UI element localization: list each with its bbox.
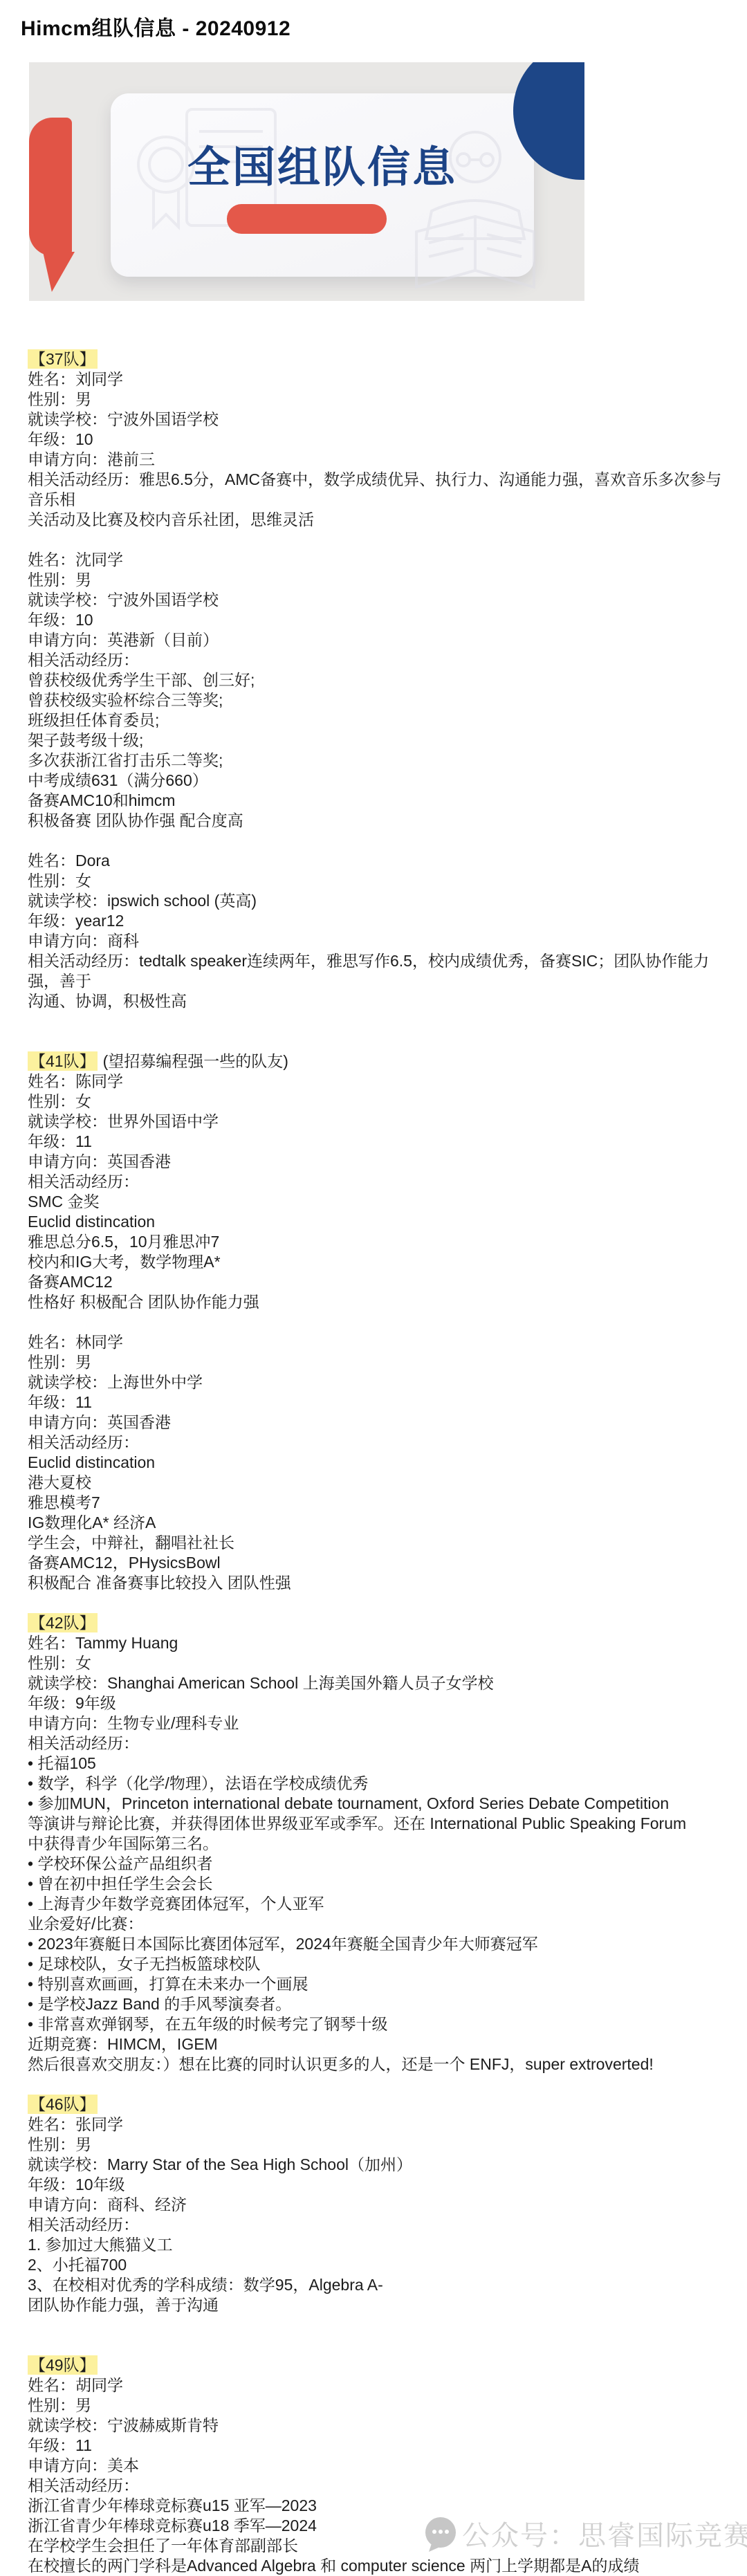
info-line: 申请方向：港前三 <box>28 450 726 470</box>
info-line: 姓名：林同学 <box>28 1332 726 1352</box>
info-line: 年级：10 <box>28 610 726 630</box>
info-line: 姓名：陈同学 <box>28 1071 726 1092</box>
info-line: 就读学校：Shanghai American School 上海美国外籍人员子女… <box>28 1673 726 1693</box>
info-line: 然后很喜欢交朋友：）想在比赛的同时认识更多的人，还是一个 ENFJ，super … <box>28 2054 726 2074</box>
info-line: • 是学校Jazz Band 的手风琴演奏者。 <box>28 1994 726 2014</box>
info-line: 浙江省青少年棒球竞标赛u15 亚军—2023 <box>28 2496 726 2516</box>
info-line: 积极备赛 团队协作强 配合度高 <box>28 811 726 831</box>
member-block: 姓名：胡同学性别：男就读学校：宁波赫威斯肯特年级：11申请方向：美本相关活动经历… <box>28 2375 726 2576</box>
info-line: 年级：10 <box>28 430 726 450</box>
team-section: 【41队】(望招募编程强一些的队友)姓名：陈同学性别：女就读学校：世界外国语中学… <box>28 1051 726 1593</box>
info-line: 申请方向：英国香港 <box>28 1413 726 1433</box>
info-line: 性格好 积极配合 团队协作能力强 <box>28 1292 726 1312</box>
info-line: 申请方向：商科、经济 <box>28 2195 726 2215</box>
info-line: 性别：男 <box>28 389 726 410</box>
info-line: 在校擅长的两门学科是Advanced Algebra 和 computer sc… <box>28 2556 726 2576</box>
team-tag-line: 【37队】 <box>28 349 726 369</box>
info-line: • 上海青少年数学竞赛团体冠军，个人亚军 <box>28 1894 726 1914</box>
info-line: 性别：女 <box>28 1092 726 1112</box>
info-line: • 非常喜欢弹钢琴，在五年级的时候考完了钢琴十级 <box>28 2014 726 2034</box>
info-line: 姓名：Dora <box>28 851 726 871</box>
info-line: 相关活动经历： <box>28 650 726 670</box>
info-line: 就读学校：宁波外国语学校 <box>28 410 726 430</box>
info-line: 相关活动经历： <box>28 1733 726 1754</box>
info-line: 就读学校：宁波外国语学校 <box>28 590 726 610</box>
team-section: 【46队】姓名：张同学性别：男就读学校：Marry Star of the Se… <box>28 2095 726 2315</box>
info-line: 姓名：Tammy Huang <box>28 1633 726 1653</box>
info-line: 性别：男 <box>28 2395 726 2416</box>
info-line: 在学校学生会担任了一年体育部副部长 <box>28 2536 726 2556</box>
team-section: 【42队】姓名：Tammy Huang性别：女就读学校：Shanghai Ame… <box>28 1613 726 2074</box>
info-line: 2、小托福700 <box>28 2255 726 2275</box>
speech-bubble-shape <box>29 118 72 256</box>
team-note: (望招募编程强一些的队友) <box>103 1052 288 1070</box>
team-tag: 【41队】 <box>28 1051 98 1071</box>
info-line: 性别：男 <box>28 1352 726 1372</box>
team-tag: 【49队】 <box>28 2355 98 2375</box>
info-line: • 数学，科学（化学/物理），法语在学校成绩优秀 <box>28 1774 726 1794</box>
info-line: 年级：10年级 <box>28 2175 726 2195</box>
info-line: 就读学校：Marry Star of the Sea High School（加… <box>28 2155 726 2175</box>
team-section: 【37队】姓名：刘同学性别：男就读学校：宁波外国语学校年级：10申请方向：港前三… <box>28 349 726 1011</box>
info-line: 中获得青少年国际第三名。 <box>28 1834 726 1854</box>
info-line: 申请方向：美本 <box>28 2456 726 2476</box>
info-line: 年级：11 <box>28 1132 726 1152</box>
info-line: 相关活动经历：雅思6.5分，AMC备赛中，数学成绩优异、执行力、沟通能力强，喜欢… <box>28 470 726 510</box>
team-section: 【49队】姓名：胡同学性别：男就读学校：宁波赫威斯肯特年级：11申请方向：美本相… <box>28 2355 726 2576</box>
info-line: 等演讲与辩论比赛，并获得团体世界级亚军或季军。还在 International … <box>28 1814 726 1834</box>
info-line: 性别：女 <box>28 1653 726 1673</box>
info-line: 申请方向：英国香港 <box>28 1152 726 1172</box>
team-tag-line: 【46队】 <box>28 2095 726 2115</box>
info-line: 姓名：张同学 <box>28 2115 726 2135</box>
info-line: 相关活动经历： <box>28 2476 726 2496</box>
info-line: 备赛AMC10和himcm <box>28 791 726 811</box>
info-line: • 学校环保公益产品组织者 <box>28 1854 726 1874</box>
info-line: 相关活动经历： <box>28 1433 726 1453</box>
info-line: 浙江省青少年棒球竞标赛u18 季军—2024 <box>28 2516 726 2536</box>
info-line: 曾获校级实验杯综合三等奖; <box>28 690 726 710</box>
info-line: 架子鼓考级十级; <box>28 730 726 751</box>
info-line: 姓名：胡同学 <box>28 2375 726 2395</box>
team-tag: 【42队】 <box>28 1613 98 1632</box>
team-tag-line: 【42队】 <box>28 1613 726 1633</box>
member-block: 姓名：Dora性别：女就读学校：ipswich school (英高)年级：ye… <box>28 851 726 1011</box>
info-line: 中考成绩631（满分660） <box>28 771 726 791</box>
info-line: 团队协作能力强，善于沟通 <box>28 2295 726 2315</box>
info-line: • 参加MUN，Princeton international debate t… <box>28 1794 726 1814</box>
info-line: 相关活动经历： <box>28 2215 726 2235</box>
team-tag-line: 【41队】(望招募编程强一些的队友) <box>28 1051 726 1071</box>
info-line: 就读学校：宁波赫威斯肯特 <box>28 2416 726 2436</box>
team-tag: 【37队】 <box>28 349 98 369</box>
info-line: 就读学校：世界外国语中学 <box>28 1112 726 1132</box>
info-line: 备赛AMC12 <box>28 1272 726 1292</box>
team-tag-line: 【49队】 <box>28 2355 726 2375</box>
info-line: 校内和IG大考，数学物理A* <box>28 1252 726 1272</box>
info-line: 年级：11 <box>28 2436 726 2456</box>
info-line: 就读学校：ipswich school (英高) <box>28 891 726 911</box>
member-block: 姓名：刘同学性别：男就读学校：宁波外国语学校年级：10申请方向：港前三相关活动经… <box>28 369 726 530</box>
info-line: 年级：9年级 <box>28 1693 726 1713</box>
info-line: 备赛AMC12，PHysicsBowl <box>28 1553 726 1573</box>
info-line: 3、在校相对优秀的学科成绩：数学95，Algebra A- <box>28 2275 726 2295</box>
info-line: 姓名：沈同学 <box>28 550 726 570</box>
info-line: • 足球校队，女子无挡板篮球校队 <box>28 1954 726 1974</box>
info-line: 近期竞赛：HIMCM，IGEM <box>28 2034 726 2054</box>
info-line: 年级：year12 <box>28 911 726 931</box>
info-line: 1. 参加过大熊猫义工 <box>28 2235 726 2255</box>
red-underline-bar <box>227 204 387 234</box>
member-block: 姓名：沈同学性别：男就读学校：宁波外国语学校年级：10申请方向：英港新（目前）相… <box>28 550 726 831</box>
member-block: 姓名：林同学性别：男就读学校：上海世外中学年级：11申请方向：英国香港相关活动经… <box>28 1332 726 1593</box>
info-line: 学生会，中辩社，翻唱社社长 <box>28 1533 726 1553</box>
info-line: 姓名：刘同学 <box>28 369 726 389</box>
banner-image: 全国组队信息 <box>29 62 584 301</box>
member-block: 姓名：Tammy Huang性别：女就读学校：Shanghai American… <box>28 1633 726 2074</box>
info-line: 性别：女 <box>28 871 726 891</box>
speech-bubble-tail <box>43 252 75 292</box>
info-line: 沟通、协调，积极性高 <box>28 991 726 1011</box>
member-block: 姓名：张同学性别：男就读学校：Marry Star of the Sea Hig… <box>28 2115 726 2315</box>
info-line: Euclid distincation <box>28 1453 726 1473</box>
info-line: • 2023年赛艇日本国际比赛团体冠军，2024年赛艇全国青少年大师赛冠军 <box>28 1934 726 1954</box>
info-line: 多次获浙江省打击乐二等奖; <box>28 751 726 771</box>
info-line: SMC 金奖 <box>28 1192 726 1212</box>
page-title: Himcm组队信息 - 20240912 <box>0 0 747 42</box>
info-line: 积极配合 准备赛事比较投入 团队性强 <box>28 1573 726 1593</box>
info-line: 性别：男 <box>28 2135 726 2155</box>
teams-list: 【37队】姓名：刘同学性别：男就读学校：宁波外国语学校年级：10申请方向：港前三… <box>28 349 726 2576</box>
info-line: 港大夏校 <box>28 1473 726 1493</box>
banner-title: 全国组队信息 <box>111 133 534 194</box>
info-line: 相关活动经历：tedtalk speaker连续两年，雅思写作6.5，校内成绩优… <box>28 951 726 991</box>
info-line: • 曾在初中担任学生会会长 <box>28 1874 726 1894</box>
info-line: 业余爱好/比赛： <box>28 1914 726 1934</box>
info-line: Euclid distincation <box>28 1212 726 1232</box>
info-line: • 特别喜欢画画，打算在未来办一个画展 <box>28 1974 726 1994</box>
info-line: 性别：男 <box>28 570 726 590</box>
info-line: 相关活动经历： <box>28 1172 726 1192</box>
info-line: 班级担任体育委员; <box>28 710 726 730</box>
member-block: 姓名：陈同学性别：女就读学校：世界外国语中学年级：11申请方向：英国香港相关活动… <box>28 1071 726 1312</box>
info-line: 申请方向：生物专业/理科专业 <box>28 1713 726 1733</box>
info-line: 申请方向：商科 <box>28 931 726 951</box>
info-line: 申请方向：英港新（目前） <box>28 630 726 650</box>
info-line: • 托福105 <box>28 1754 726 1774</box>
info-line: 曾获校级优秀学生干部、创三好; <box>28 670 726 690</box>
info-line: 雅思总分6.5，10月雅思冲7 <box>28 1232 726 1252</box>
info-line: 就读学校：上海世外中学 <box>28 1372 726 1392</box>
info-line: 雅思模考7 <box>28 1493 726 1513</box>
info-line: IG数理化A* 经济A <box>28 1513 726 1533</box>
info-line: 年级：11 <box>28 1392 726 1413</box>
info-line: 关活动及比赛及校内音乐社团，思维灵活 <box>28 510 726 530</box>
team-tag: 【46队】 <box>28 2095 98 2114</box>
